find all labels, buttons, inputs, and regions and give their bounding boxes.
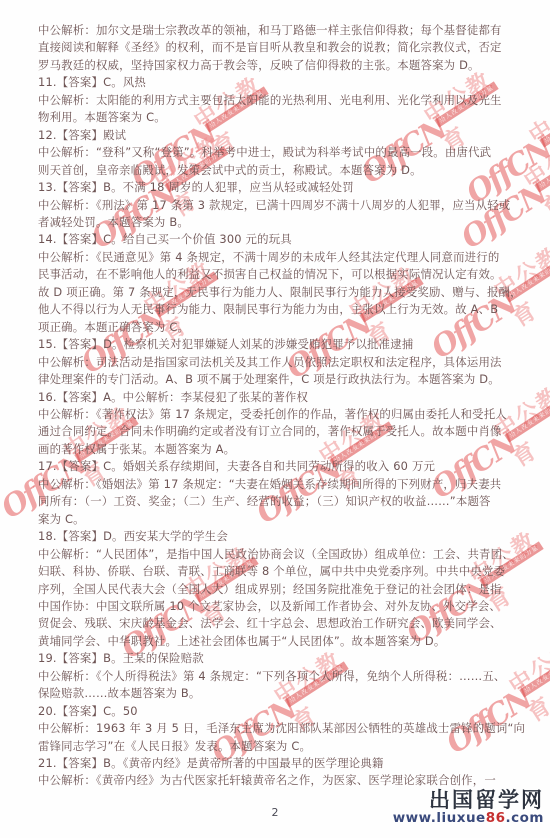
text-line: 12.【答案】殿试 — [38, 127, 520, 144]
text-line: 序列，全国人民代表大会（全国人大）组成界别；经国务院批准免于登记的社会团体：是指 — [38, 581, 520, 598]
watermark-slogan-ribbon: 给人改变未来的力量 — [534, 146, 550, 192]
text-line: 中公解析：《刑法》第 17 条第 3 款规定，已满十四周岁不满十八周岁的人犯罪，… — [38, 197, 520, 214]
text-line: 13.【答案】B。不满 18 周岁的人犯罪，应当从轻或减轻处罚 — [38, 179, 520, 196]
text-line: 20.【答案】C。50 — [38, 703, 520, 720]
text-line: 民事活动，在不影响他人的利益又不损害自己权益的情况下，可以根据实际情况认定有效。 — [38, 266, 520, 283]
text-line: 中公解析：加尔文是瑞士宗教改革的领袖，和马丁路德一样主张信仰得救；每个基督徒都有 — [38, 22, 520, 39]
text-line: 中公解析：《民通意见》第 4 条规定，不满十周岁的未成年人经其法定代理人同意而进… — [38, 249, 520, 266]
text-line: 18.【答案】D。西安某大学的学生会 — [38, 528, 520, 545]
text-line: 15.【答案】D。检察机关对犯罪嫌疑人刘某的涉嫌受贿犯罪予以批准逮捕 — [38, 336, 520, 353]
text-line: 则天首创，皇帝亲临殿试，发策会试中式的贡士，称殿试。本题答案为 D。 — [38, 162, 520, 179]
site-url-number: 86 — [486, 810, 506, 826]
site-name: 出国留学网 — [393, 790, 544, 811]
text-line: 19.【答案】B。王某的保险赔款 — [38, 650, 520, 667]
text-line: 16.【答案】A。中公解析：李某侵犯了张某的著作权 — [38, 389, 520, 406]
text-line: 中公解析：《著作权法》第 17 条规定，受委托创作的作品，著作权的归属由委托人和… — [38, 406, 520, 423]
watermark-brand-text: 中公教育 — [520, 132, 550, 222]
text-line: 者减轻处罚。本题答案为 B。 — [38, 214, 520, 231]
text-line: 直接阅读和解释《圣经》的权利，而不是盲目听从教皇和教会的说教；简化宗教仪式，否定 — [38, 39, 520, 56]
text-line: 21.【答案】B。《黄帝内经》是黄帝所著的中国最早的医学理论典籍 — [38, 755, 520, 772]
text-line: 雷锋同志学习”在《人民日报》发表。本题答案为 C。 — [38, 738, 520, 755]
answer-key-text: 中公解析：加尔文是瑞士宗教改革的领袖，和马丁路德一样主张信仰得救；每个基督徒都有… — [38, 22, 520, 790]
watermark-brand-text: 中公教育 — [525, 87, 550, 177]
text-line: 中公解析：“人民团体”，是指中国人民政治协商会议（全国政协）组成单位：工会、共青… — [38, 546, 520, 563]
text-line: 中公解析：“登科”又称“登第”。科举考中进士，殿试为科举考试中的最高一段。由唐代… — [38, 144, 520, 161]
text-line: 律处理案件的专门活动。A、B 项不属于处理案件，C 项是行政执法行为。本题答案为… — [38, 371, 520, 388]
text-line: 中公解析：太阳能的利用方式主要包括太阳能的光热利用、光电利用、光化学利用以及光生 — [38, 92, 520, 109]
text-line: 保险赔款……故本题答案为 B。 — [38, 685, 520, 702]
text-line: 罗马教廷的权威，坚持国家权力高于教会等，反映了信仰得救的主张。本题答案为 D。 — [38, 57, 520, 74]
text-line: 14.【答案】C。给自己买一个价值 300 元的玩具 — [38, 231, 520, 248]
liuxue86-logo: 出国留学网 www.liuxue86.com — [393, 790, 544, 826]
text-line: 11.【答案】C。风热 — [38, 74, 520, 91]
text-line: 画的著作权属于张某。本题答案为 A。 — [38, 441, 520, 458]
text-line: 贸促会、残联、宋庆龄基金会、法学会、红十字总会、思想政治工作研究会、欧美同学会、 — [38, 615, 520, 632]
text-line: 17.【答案】C。婚姻关系存续期间，夫妻各自和共同劳动所得的收入 60 万元 — [38, 458, 520, 475]
text-line: 案为 C。 — [38, 511, 520, 528]
text-line: 妇联、科协、侨联、台联、青联、工商联等 8 个单位，属中共中央党委序列。中共中央… — [38, 563, 520, 580]
text-line: 中公解析：司法活动是指国家司法机关及其工作人员依照法定职权和法定程序，具体运用法 — [38, 354, 520, 371]
site-url: www.liuxue86.com — [393, 812, 544, 826]
site-url-prefix: www.liuxue — [393, 810, 486, 826]
text-line: 中公解析：1963 年 3 月 5 日，毛泽东主席为沈阳部队某部因公牺牲的英雄战… — [38, 720, 520, 737]
site-url-suffix: .com — [506, 810, 544, 826]
text-line: 同所有：（一）工资、奖金；（二）生产、经营的收益；（三）知识产权的收益……”本题… — [38, 493, 520, 510]
text-line: 项正确。本题正确答案为 C。 — [38, 319, 520, 336]
text-line: 故 D 项正确。第 7 条规定，无民事行为能力人、限制民事行为能力人接受奖励、赠… — [38, 284, 520, 301]
text-line: 他人不得以行为人无民事行为能力、限制民事行为能力为由，主张以上行为无效。故 A、… — [38, 301, 520, 318]
text-line: 通过合同约定。合同未作明确约定或者没有订立合同的，著作权属于受托人。故本题中肖像 — [38, 423, 520, 440]
text-line: 中公解析：《个人所得税法》第 4 条规定：“下列各项个人所得，免纳个人所得税：…… — [38, 668, 520, 685]
text-line: 物利用。本题答案为 C。 — [38, 109, 520, 126]
watermark-slogan-ribbon: 给人改变未来的力量 — [519, 651, 550, 697]
watermark-slogan-ribbon: 给人改变未来的力量 — [539, 101, 550, 147]
text-line: 中公解析：《婚姻法》第 17 条规定：“夫妻在婚姻关系存续期间所得的下列财产，归… — [38, 476, 520, 493]
text-line: 中国作协：中国文联所属 10 个文艺家协会，以及新闻工作者协会、对外友协、外交学… — [38, 598, 520, 615]
document-page: OffCN中公教育给人改变未来的力量OffCN中公教育给人改变未来的力量OffC… — [0, 0, 550, 838]
text-line: 黄埔同学会、中华职教社。上述社会团体也属于“人民团体”。故本题答案为 D。 — [38, 633, 520, 650]
